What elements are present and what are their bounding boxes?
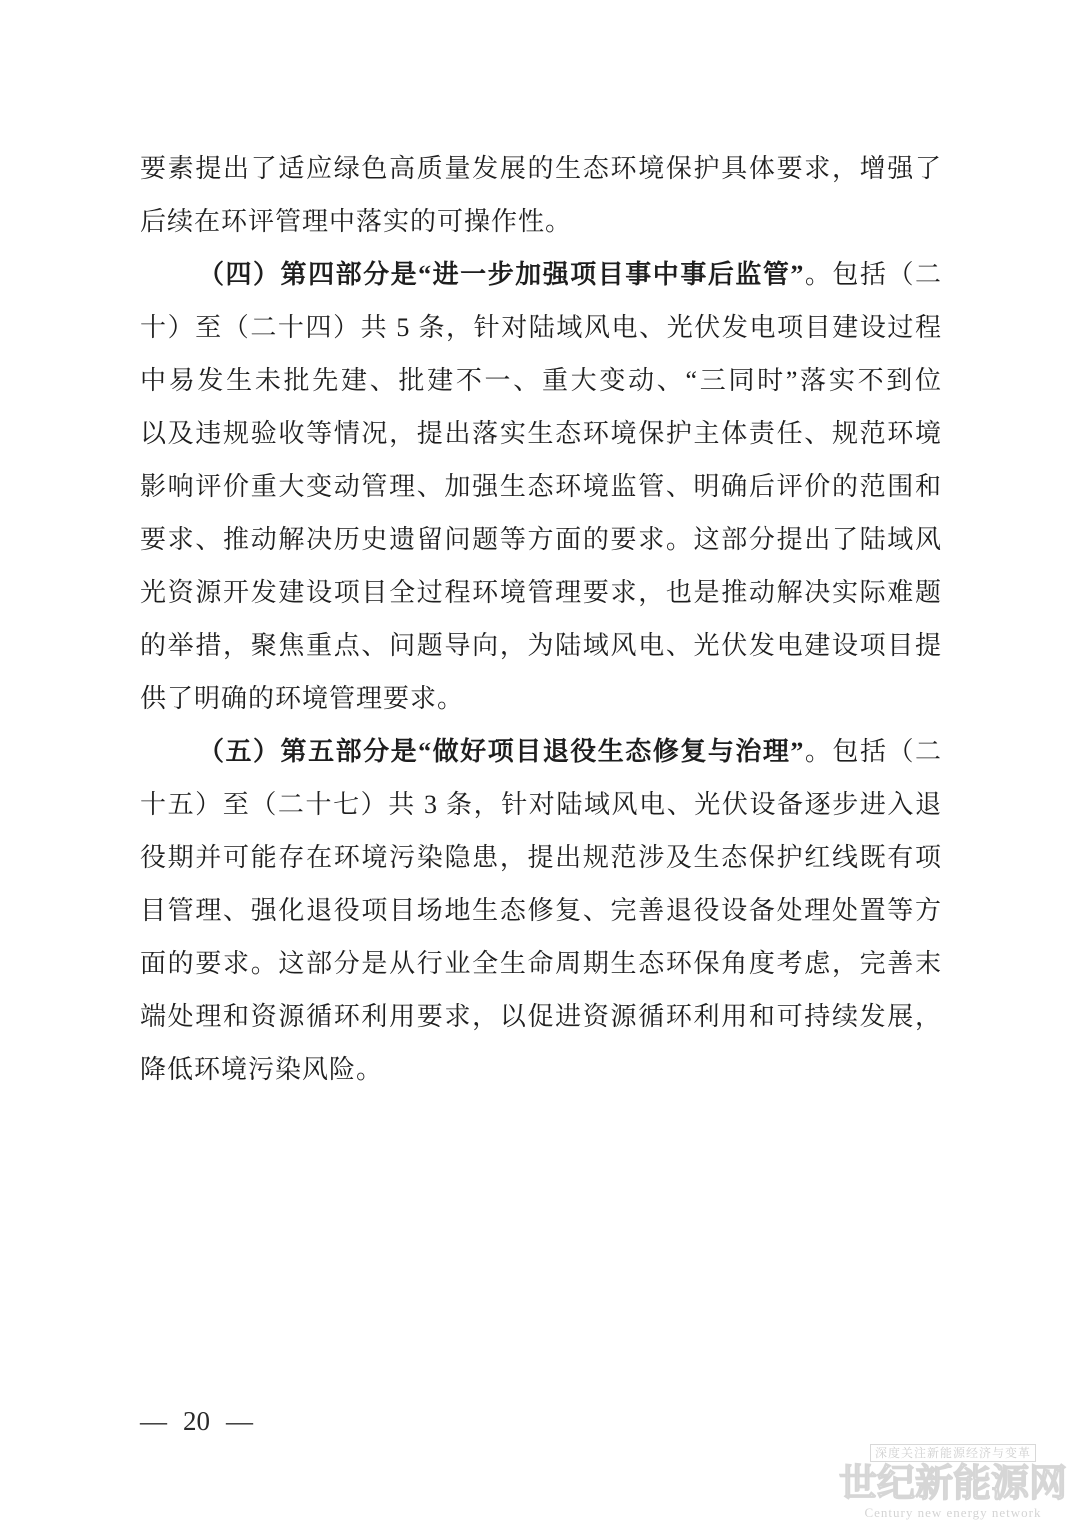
text-line: 的举措，聚焦重点、问题导向，为陆域风电、光伏发电建设项目提: [140, 619, 942, 672]
body-text: 十五）至（二十七）共 3 条，针对陆域风电、光伏设备逐步进入退: [140, 790, 942, 819]
text-line: 端处理和资源循环利用要求，以促进资源循环利用和可持续发展，: [140, 990, 942, 1043]
body-text: 面的要求。这部分是从行业全生命周期生态环保角度考虑，完善末: [140, 949, 942, 978]
text-line: 目管理、强化退役项目场地生态修复、完善退役设备处理处置等方: [140, 884, 942, 937]
body-text: 。包括（二: [804, 260, 942, 289]
watermark-site-name-en: Century new energy network: [830, 1505, 1076, 1520]
body-text: 影响评价重大变动管理、加强生态环境监管、明确后评价的范围和: [140, 472, 942, 501]
watermark-site-name: 世纪新能源网: [830, 1463, 1076, 1505]
body-text: 端处理和资源循环利用要求，以促进资源循环利用和可持续发展，: [140, 1002, 942, 1031]
text-line: 十）至（二十四）共 5 条，针对陆域风电、光伏发电项目建设过程: [140, 301, 942, 354]
text-line: （五）第五部分是“做好项目退役生态修复与治理”。包括（二: [140, 725, 942, 778]
body-text: 降低环境污染风险。: [140, 1055, 383, 1084]
document-page: 要素提出了适应绿色高质量发展的生态环境保护具体要求，增强了 后续在环评管理中落实…: [0, 0, 1080, 1528]
text-line: 光资源开发建设项目全过程环境管理要求，也是推动解决实际难题: [140, 566, 942, 619]
body-text: 中易发生未批先建、批建不一、重大变动、“三同时”落实不到位: [140, 366, 942, 395]
text-line: 供了明确的环境管理要求。: [140, 672, 942, 725]
body-text: 要素提出了适应绿色高质量发展的生态环境保护具体要求，增强了: [140, 154, 942, 183]
body-text: 光资源开发建设项目全过程环境管理要求，也是推动解决实际难题: [140, 578, 942, 607]
body-text: 的举措，聚焦重点、问题导向，为陆域风电、光伏发电建设项目提: [140, 631, 942, 660]
text-line: 役期并可能存在环境污染隐患，提出规范涉及生态保护红线既有项: [140, 831, 942, 884]
body-text: 要求、推动解决历史遗留问题等方面的要求。这部分提出了陆域风: [140, 525, 942, 554]
body-text: 役期并可能存在环境污染隐患，提出规范涉及生态保护红线既有项: [140, 843, 942, 872]
text-line: 中易发生未批先建、批建不一、重大变动、“三同时”落实不到位: [140, 354, 942, 407]
watermark-tagline: 深度关注新能源经济与变革: [870, 1444, 1036, 1462]
text-line: 后续在环评管理中落实的可操作性。: [140, 195, 942, 248]
body-text: 目管理、强化退役项目场地生态修复、完善退役设备处理处置等方: [140, 896, 942, 925]
body-text: 以及违规验收等情况，提出落实生态环境保护主体责任、规范环境: [140, 419, 942, 448]
body-text: 后续在环评管理中落实的可操作性。: [140, 207, 572, 236]
page-number: 20: [183, 1406, 210, 1437]
footer-dash-left: —: [140, 1406, 167, 1437]
footer-dash-right: —: [226, 1406, 253, 1437]
document-body: 要素提出了适应绿色高质量发展的生态环境保护具体要求，增强了 后续在环评管理中落实…: [140, 142, 942, 1096]
text-line: （四）第四部分是“进一步加强项目事中事后监管”。包括（二: [140, 248, 942, 301]
text-line: 要求、推动解决历史遗留问题等方面的要求。这部分提出了陆域风: [140, 513, 942, 566]
body-text: 。包括（二: [804, 737, 942, 766]
text-line: 以及违规验收等情况，提出落实生态环境保护主体责任、规范环境: [140, 407, 942, 460]
page-footer: — 20 —: [140, 1406, 253, 1437]
text-line: 降低环境污染风险。: [140, 1043, 942, 1096]
text-line: 十五）至（二十七）共 3 条，针对陆域风电、光伏设备逐步进入退: [140, 778, 942, 831]
text-line: 要素提出了适应绿色高质量发展的生态环境保护具体要求，增强了: [140, 142, 942, 195]
section-heading-5: （五）第五部分是“做好项目退役生态修复与治理”: [198, 737, 804, 766]
section-heading-4: （四）第四部分是“进一步加强项目事中事后监管”: [198, 260, 804, 289]
text-line: 面的要求。这部分是从行业全生命周期生态环保角度考虑，完善末: [140, 937, 942, 990]
body-text: 供了明确的环境管理要求。: [140, 684, 464, 713]
body-text: 十）至（二十四）共 5 条，针对陆域风电、光伏发电项目建设过程: [140, 313, 942, 342]
text-line: 影响评价重大变动管理、加强生态环境监管、明确后评价的范围和: [140, 460, 942, 513]
site-watermark: 深度关注新能源经济与变革 世纪新能源网 Century new energy n…: [830, 1444, 1076, 1520]
